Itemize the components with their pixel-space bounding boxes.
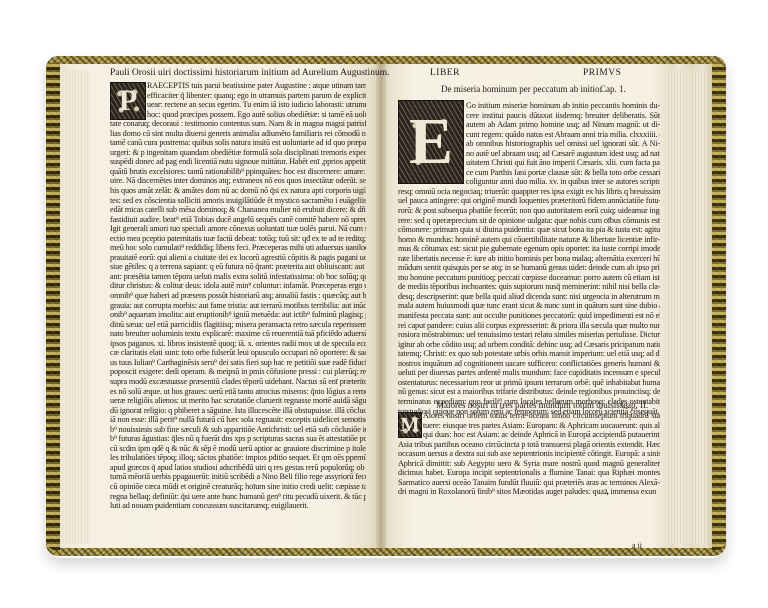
text-line: uire. Nā discernētes inter dominos atq; … — [110, 176, 366, 186]
text-line: rere: sed q operæprecium sit de opinione… — [398, 216, 660, 226]
text-line: edāt micas catelli sub mēsa dominoq; & C… — [110, 205, 366, 215]
text-line: ostentaturus: necessarium reor ut primū … — [398, 378, 660, 388]
text-line: cū scdm ipm qdē q & nūc & sēp ē modū uer… — [110, 444, 366, 454]
text-line: Aiores nostri orbem totius terræ oceani … — [398, 411, 660, 421]
text-line: mus & cōtumax est: sicut pie gubernate e… — [398, 244, 660, 254]
text-line: tate conatuq; decoraui : testimonio cont… — [110, 119, 366, 129]
text-line: tamē canū cura postrema: quibus solis na… — [110, 138, 366, 148]
text-line: tes: sed ex cōscientia solliciti amoris … — [110, 196, 366, 206]
text-line: siue gētiles: q a terrena sapiant: q eū … — [110, 262, 366, 272]
left-page-edges — [64, 70, 90, 544]
text-line: grauia: aut corrupta morbis: aut fame tr… — [110, 301, 366, 311]
text-line: ueluti per diuersas partes ardentē malis… — [398, 368, 660, 378]
text-line: turnā mēoriā uerbis ppagauerūt: initiū s… — [110, 472, 366, 482]
text-line: regna bellaq; definiūt: q̃si uere ante h… — [110, 492, 366, 502]
right-running-head-liber: LIBER — [430, 68, 460, 78]
text-line: cōmonere: primum quia si diuina puidenti… — [398, 225, 660, 235]
text-line: quātū brutis excelsiores: tantū rationab… — [110, 167, 366, 177]
text-line: autem ab Adam primo homine usq; ad Ninum… — [398, 120, 660, 130]
text-line: dri magni in Roxolanorū finib⁹ sitos Mæo… — [398, 487, 660, 497]
text-line: cæ claritatis elati sunt: toto orbe fuls… — [110, 348, 366, 358]
text-line: mo homine peccatum punitioq; peccati cœp… — [398, 273, 660, 283]
text-line: ditur christus: & colitur deus: idola au… — [110, 281, 366, 291]
text-line: les tribulatiōes tēpoq; illoq; sāctos pb… — [110, 453, 366, 463]
binding-right-edge — [712, 62, 726, 550]
text-line: homo & mundus: hominē autem qui cōuertib… — [398, 235, 660, 245]
chapter1-text: Go initium miseriæ hominum ab initio pec… — [398, 101, 660, 416]
text-line: coliguntur anni duo milia. xv. in quibus… — [398, 177, 660, 187]
text-line: de mediis tēporibus inchoantes: quis sup… — [398, 282, 660, 292]
text-line: igitur ab orbe cōdito usq; ad urbem cond… — [398, 340, 660, 350]
text-line: dū ignorat religio: q phiberet a sāguine… — [110, 406, 366, 416]
text-line: cere institui paucis dūtaxat iisdemq; br… — [398, 111, 660, 121]
text-line: mūdum sentit quisquis per se atq; in se … — [398, 263, 660, 273]
text-line: cū opiniōe cæca mūdi et originē creaturā… — [110, 482, 366, 492]
text-line: uitatem Christi qui fuit āno imperii Cæs… — [398, 158, 660, 168]
text-line: rorū: & post subsequa pbatiōe fecerūt: n… — [398, 206, 660, 216]
text-line: no autē uel abraam usq; ad Cæsarē august… — [398, 149, 660, 159]
text-line: dicimus habet. Europa incipit septentrio… — [398, 468, 660, 478]
text-line: omnib⁹ quæ haberi ad præsens possūt hist… — [110, 291, 366, 301]
text-line: onib⁹ aquarum insolita: aut eruptionib⁹ … — [110, 310, 366, 320]
left-page-text: RAECEPTIS tuis parui beatissime pater Au… — [110, 81, 366, 511]
text-line: lias domo cū sint multa diuersi generis … — [110, 129, 366, 139]
text-line: meū hoc solo cumulati⁹ reddidiq; libens … — [110, 243, 366, 253]
text-line: efficaciter q̃ libenter: quanq; ego in u… — [110, 91, 366, 101]
chapter1-title: De miseria hominum per peccatum ab initi… — [441, 84, 602, 94]
binding-left-edge — [46, 62, 60, 550]
text-line: es nō solū æque. ut hos graues: uerū eti… — [110, 387, 366, 397]
text-line: ant: præsētia tamen tēpora ueluti malis … — [110, 272, 366, 282]
text-line: his quos amāt zelāt: & amātes dom nū ac … — [110, 186, 366, 196]
text-line: Sarmatico auersi oceāo Tanaim fundūt flu… — [398, 478, 660, 488]
text-line: dinū sæua: uel etiā parricidiis flagitii… — [110, 320, 366, 330]
text-line: occasum uersus a dextra sui sub axe sept… — [398, 449, 660, 459]
text-line: nostros inquātum ad cognitionem uacare s… — [398, 359, 660, 369]
text-line: iā non esse: illā perit⁹ nullā futurā cū… — [110, 415, 366, 425]
text-line: rei caput pandere: cuius alii corpus exp… — [398, 321, 660, 331]
text-line: b⁹ futuras āgustias: q̃les nū q fuerāt d… — [110, 434, 366, 444]
text-line: apud græcos q̃ apud latios studiosi adsc… — [110, 463, 366, 473]
text-line: tuere: eiusque tres partes Asiam: Europa… — [398, 421, 660, 431]
text-line: ipsos paganos. xi. libros insistentē quo… — [110, 339, 366, 349]
text-line: uel pauca attingere: qui originē mundi l… — [398, 196, 660, 206]
text-line: rosiora mōstrabimus: uel tenuissimo test… — [398, 330, 660, 340]
text-line: qui duas: hoc est Asiam: ac deinde Aphri… — [398, 430, 660, 440]
text-line: ectio mea pceptio paternitatis tuæ factū… — [110, 234, 366, 244]
text-line: b⁹ nouissimis sub fine sæculi & sub appa… — [110, 425, 366, 435]
text-line: Asia tribus partibus oceano circūcincta … — [398, 440, 660, 450]
text-line: mala autem huiusmodi quæ tunc erant sicu… — [398, 301, 660, 311]
chapter2-label: Cap. II. — [621, 400, 648, 410]
text-line: prauitatē eorū: qui alieni a ciuitate de… — [110, 253, 366, 263]
text-line: ce cum Parthis Iani portæ clausæ sūt: & … — [398, 168, 660, 178]
text-line: Go initium miseriæ hominum ab initio pec… — [398, 101, 660, 111]
text-line: resq; omniū ocia negociaq; triuerūt: qua… — [398, 187, 660, 197]
text-line: hoc: quod præcipes possem. Ego autē soli… — [110, 110, 366, 120]
text-line: ueræ religiōis alienos: ut merito hac sc… — [110, 396, 366, 406]
chapter1-label: Cap. 1. — [600, 84, 626, 94]
text-line: luti ad nouam puidentiam concussum susci… — [110, 501, 366, 511]
right-page-edges — [666, 70, 706, 544]
text-line: poposcit exigere: dedi operam. & meipsū … — [110, 367, 366, 377]
text-line: manifesta peccata sunt: aut occulte puni… — [398, 311, 660, 321]
text-line: urgeri: & p ingenitam quandam obediētiæ … — [110, 148, 366, 158]
text-line: RAECEPTIS tuis parui beatissime pater Au… — [110, 81, 366, 91]
text-line: Aphricā dimittit: sub Aegypto uero & Syr… — [398, 459, 660, 469]
text-line: Igit generali amori tuo speciali amore c… — [110, 224, 366, 234]
text-line: uear: rectene an secus egerim. Tu enim i… — [110, 100, 366, 110]
text-line: ab omnibus historiographis uel omissi ue… — [398, 139, 660, 149]
text-line: tatemq; Christi: ex quo sub potestate ur… — [398, 349, 660, 359]
folio-signature: a ii — [632, 541, 642, 550]
text-line: nato breuiter uoluminis textu explicarē:… — [110, 329, 366, 339]
text-line: desq; descripserint: quæ bella quid aliu… — [398, 292, 660, 302]
text-line: supra modū excæstuasse præsentiū clades … — [110, 377, 366, 387]
left-running-head: Pauli Orosii uiri doctissimi historiarum… — [110, 68, 389, 78]
chapter2-text: Aiores nostri orbem totius terræ oceani … — [398, 411, 660, 497]
text-line: suspēdi donec ad pag endi licentiā nutu … — [110, 157, 366, 167]
chapter2-title: Maiores nostri in tres partes mundum tot… — [436, 400, 629, 410]
text-line: us tuus Iulian⁹ Carthaginēsis seru⁹ dei … — [110, 358, 366, 368]
text-line: fastidiuit audire. beat⁹ etiā Tobias duc… — [110, 215, 366, 225]
right-running-head-primus: PRIMVS — [583, 68, 621, 78]
text-line: rate libertatis necesse ē: iure ab initi… — [398, 254, 660, 264]
text-line: nū genus: sicut est a maioribus trifarie… — [398, 387, 660, 397]
book-gutter — [376, 64, 386, 548]
text-line: cunt regem: quādo natus est Abraam anni … — [398, 130, 660, 140]
